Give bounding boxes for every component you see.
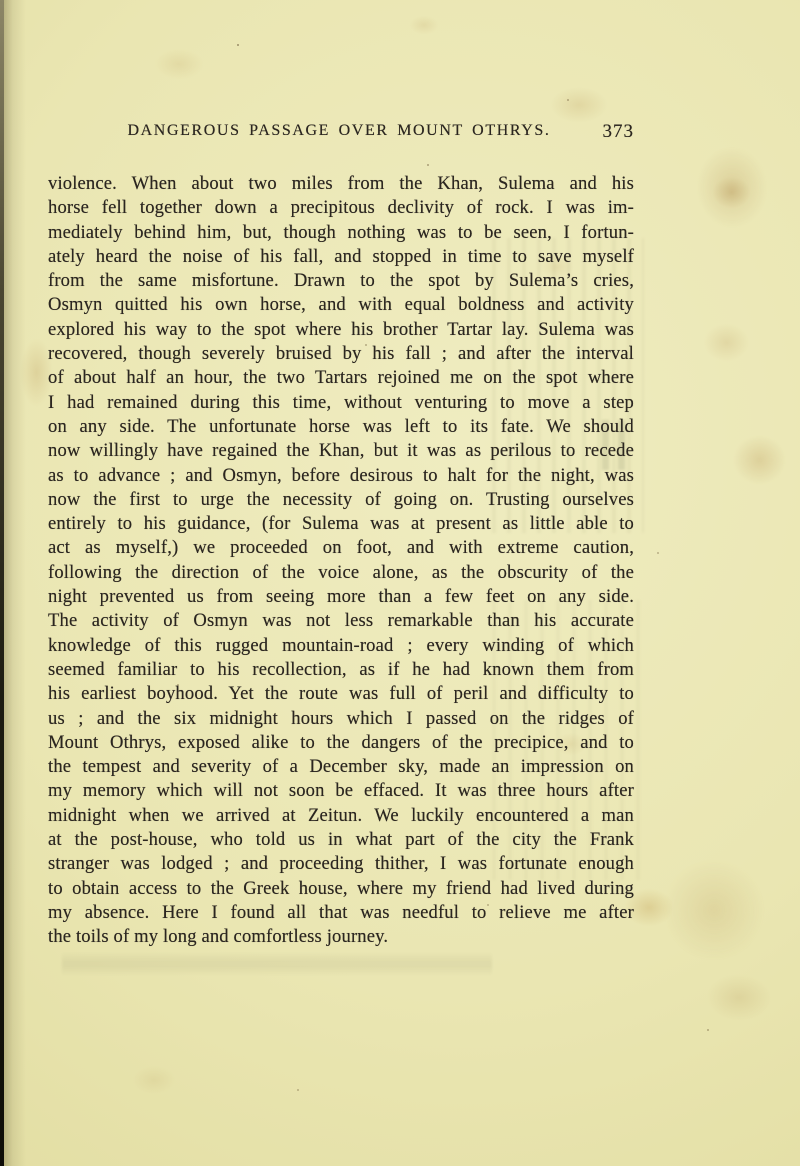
body-text-line: act as myself,) we proceeded on foot, an… bbox=[48, 536, 634, 560]
foxing-stain bbox=[144, 42, 214, 86]
body-text-line: his earliest boyhood. Yet the route was … bbox=[48, 682, 634, 706]
foxing-stain bbox=[124, 1060, 184, 1100]
page-number: 373 bbox=[603, 117, 635, 147]
body-text-line: violence. When about two miles from the … bbox=[48, 172, 634, 196]
foxing-stain bbox=[682, 130, 782, 245]
body-text-line: of about half an hour, the two Tartars r… bbox=[48, 366, 634, 390]
foxing-stain bbox=[644, 840, 784, 980]
body-text-line: to obtain access to the Greek house, whe… bbox=[48, 877, 634, 901]
body-text-line: the tempest and severity of a December s… bbox=[48, 755, 634, 779]
body-text-line: knowledge of this rugged mountain-road ;… bbox=[48, 634, 634, 658]
body-text-line: recovered, though severely bruised by hi… bbox=[48, 342, 634, 366]
body-text-line: ately heard the noise of his fall, and s… bbox=[48, 245, 634, 269]
body-text-line: us ; and the six midnight hours which I … bbox=[48, 707, 634, 731]
page-paper: DANGEROUS PASSAGE OVER MOUNT OTHRYS. 373… bbox=[4, 0, 800, 1166]
body-text-line: night prevented us from seeing more than… bbox=[48, 585, 634, 609]
body-text-line: midnight when we arrived at Zeitun. We l… bbox=[48, 804, 634, 828]
foxing-stain bbox=[694, 315, 759, 370]
gutter-crease-shadow bbox=[4, 0, 26, 1166]
body-text-line: seemed familiar to his recollection, as … bbox=[48, 658, 634, 682]
body-text-line: entirely to his guidance, (for Sulema wa… bbox=[48, 512, 634, 536]
body-text-line: on any side. The unfortunate horse was l… bbox=[48, 415, 634, 439]
body-text-line: my memory which will not soon be effaced… bbox=[48, 779, 634, 803]
body-text-line: explored his way to the spot where his b… bbox=[48, 318, 634, 342]
body-text-line: now willingly have regained the Khan, bu… bbox=[48, 439, 634, 463]
foxing-stain bbox=[404, 12, 444, 38]
body-text-line: my absence. Here I found all that was ne… bbox=[48, 901, 634, 925]
foxing-stain bbox=[722, 425, 797, 495]
body-text-line: Mount Othrys, exposed alike to the dange… bbox=[48, 731, 634, 755]
body-text-line: following the direction of the voice alo… bbox=[48, 561, 634, 585]
body-text-line: from the same misfortune. Drawn to the s… bbox=[48, 269, 634, 293]
body-text-line: at the post-house, who told us in what p… bbox=[48, 828, 634, 852]
foxing-stain bbox=[694, 965, 784, 1030]
body-text-line: Osmyn quitted his own horse, and with eq… bbox=[48, 293, 634, 317]
body-text-line: the toils of my long and comfortless jou… bbox=[48, 925, 634, 949]
body-text-block: violence. When about two miles from the … bbox=[48, 172, 634, 950]
bleedthrough-smudge bbox=[62, 952, 492, 976]
body-text-line: stranger was lodged ; and proceeding thi… bbox=[48, 852, 634, 876]
body-text-line: now the first to urge the necessity of g… bbox=[48, 488, 634, 512]
body-text-line: mediately behind him, but, though nothin… bbox=[48, 221, 634, 245]
running-header-title: DANGEROUS PASSAGE OVER MOUNT OTHRYS. bbox=[44, 116, 634, 146]
running-header: DANGEROUS PASSAGE OVER MOUNT OTHRYS. 373 bbox=[44, 116, 634, 146]
foxing-stain bbox=[704, 170, 759, 215]
body-text-line: I had remained during this time, without… bbox=[48, 391, 634, 415]
body-text-line: horse fell together down a precipitous d… bbox=[48, 196, 634, 220]
ink-specks bbox=[237, 44, 239, 46]
body-text-line: The activity of Osmyn was not less remar… bbox=[48, 609, 634, 633]
body-text-line: as to advance ; and Osmyn, before desiro… bbox=[48, 464, 634, 488]
scanned-book-page: DANGEROUS PASSAGE OVER MOUNT OTHRYS. 373… bbox=[0, 0, 800, 1166]
